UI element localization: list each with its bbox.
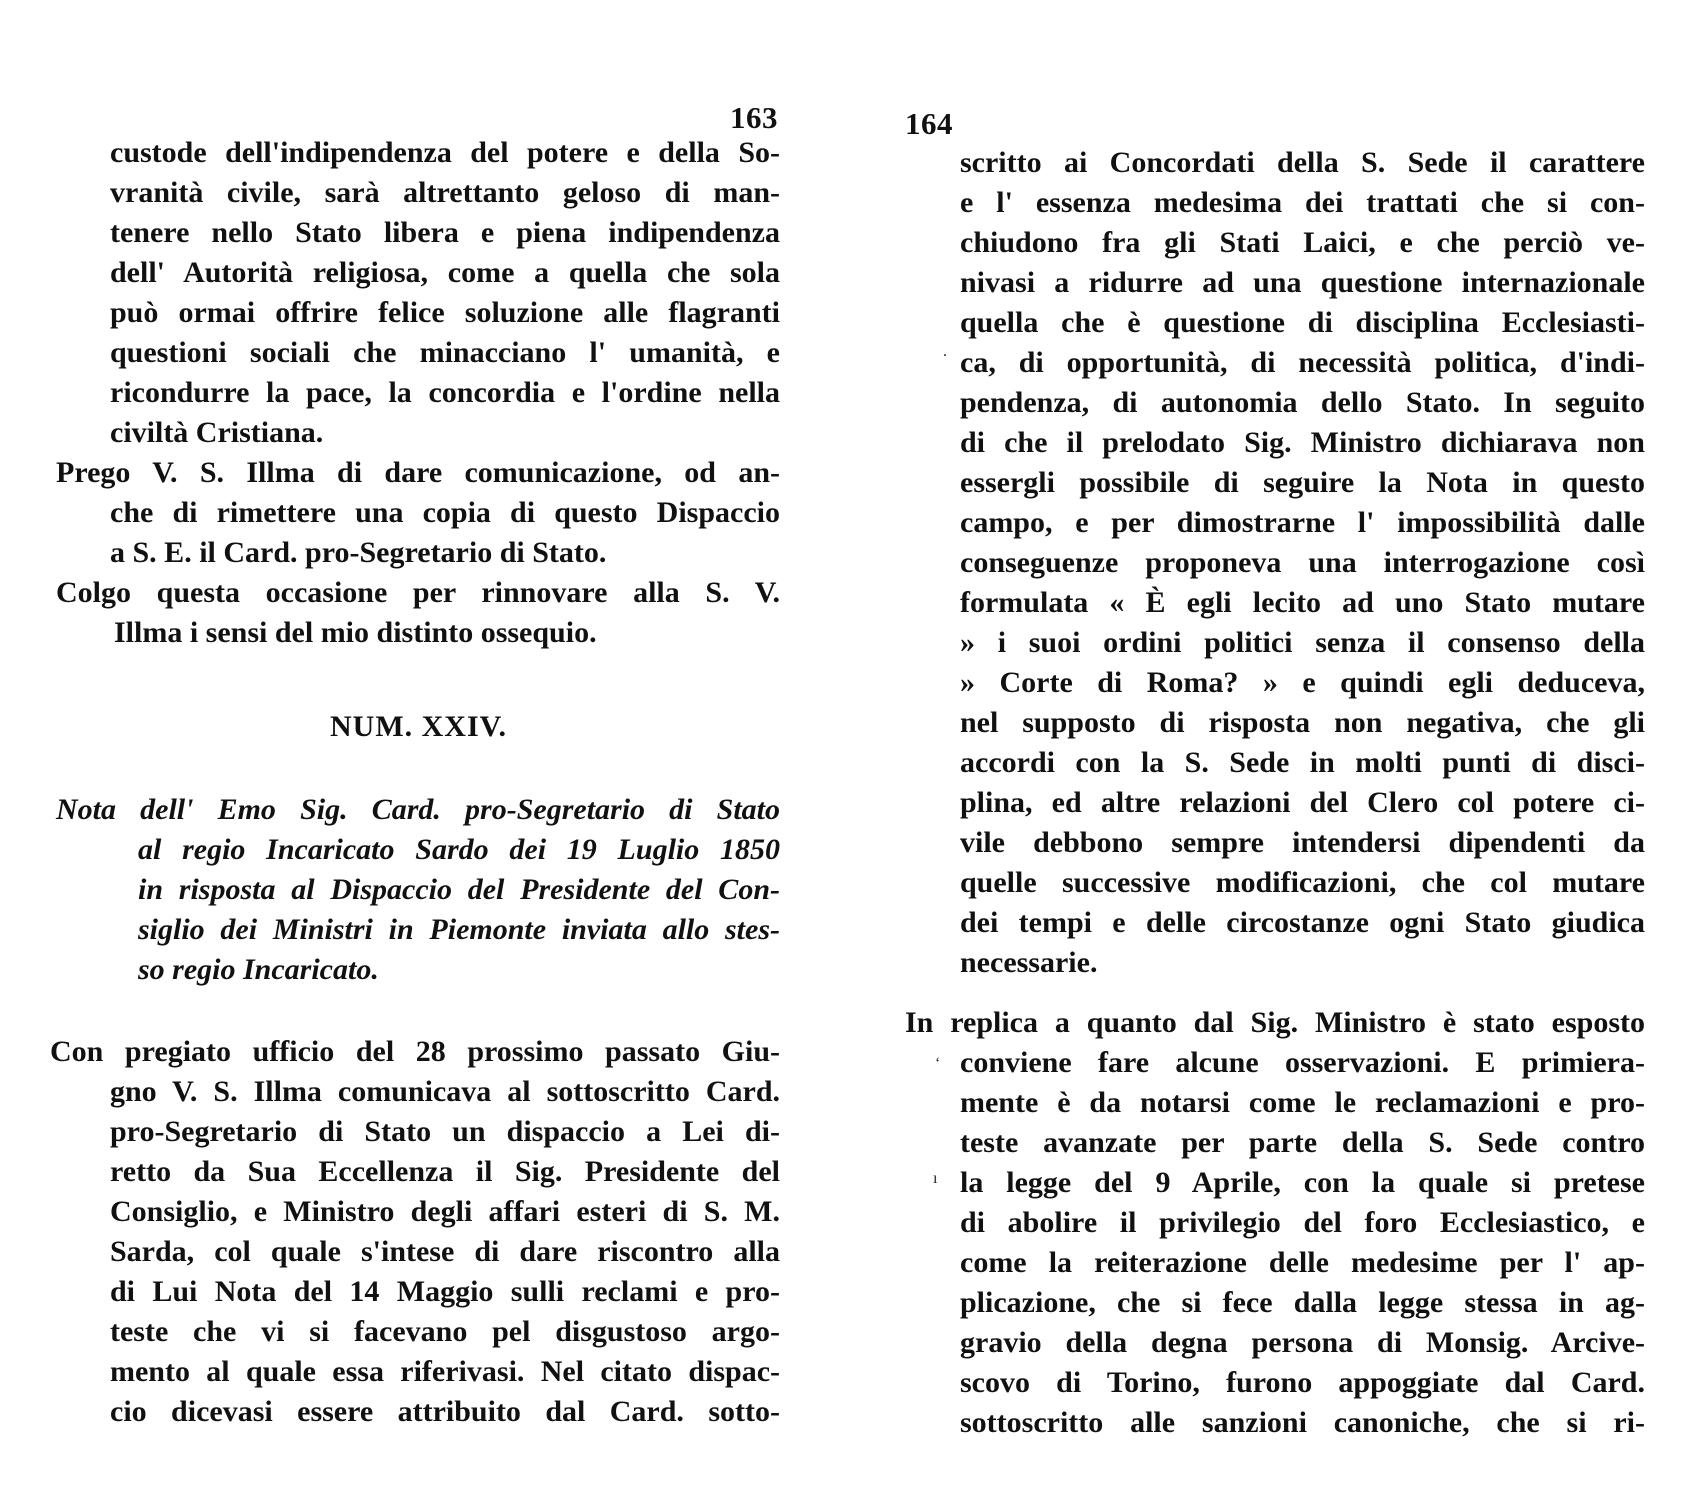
text-line: può ormai offrire felice soluzione alle … — [110, 293, 780, 333]
paragraph-colgo-line: Illma i sensi del mio distinto ossequio. — [114, 613, 597, 653]
margin-mark: ı — [933, 1170, 937, 1188]
document-title-line: so regio Incaricato. — [138, 950, 379, 990]
text-line: ca, di opportunità, di necessità politic… — [960, 343, 1645, 383]
text-line: nel supposto di risposta non negativa, c… — [960, 703, 1645, 743]
paragraph-replica-line: sottoscritto alle sanzioni canoniche, ch… — [960, 1403, 1645, 1443]
text-line: nivasi a ridurre ad una questione intern… — [960, 263, 1645, 303]
page-number-164: 164 — [905, 106, 953, 142]
margin-mark: . — [943, 343, 947, 361]
text-line: scritto ai Concordati della S. Sede il c… — [960, 143, 1645, 183]
paragraph-replica-line: gravio della degna persona di Monsig. Ar… — [960, 1323, 1645, 1363]
section-heading: NUM. XXIV. — [330, 710, 507, 744]
paragraph-replica-line: teste avanzate per parte della S. Sede c… — [960, 1123, 1645, 1163]
document-title-line: Nota dell' Emo Sig. Card. pro-Segretario… — [56, 790, 780, 830]
paragraph-colgo-line: Colgo questa occasione per rinnovare all… — [56, 573, 780, 613]
paragraph-prego-line: che di rimettere una copia di questo Dis… — [110, 493, 780, 533]
paragraph-prego-line: a S. E. il Card. pro-Segretario di Stato… — [110, 533, 606, 573]
text-line: custode dell'indipendenza del potere e d… — [110, 133, 780, 173]
document-title-line: siglio dei Ministri in Piemonte inviata … — [138, 910, 780, 950]
paragraph-con-line: Consiglio, e Ministro degli affari ester… — [110, 1192, 780, 1232]
paragraph-replica-line: la legge del 9 Aprile, con la quale si p… — [960, 1163, 1645, 1203]
paragraph-con-line: di Lui Nota del 14 Maggio sulli reclami … — [110, 1272, 780, 1312]
paragraph-replica-line: plicazione, che si fece dalla legge stes… — [960, 1283, 1645, 1323]
text-line: accordi con la S. Sede in molti punti di… — [960, 743, 1645, 783]
paragraph-replica-line: come la reiterazione delle medesime per … — [960, 1243, 1645, 1283]
text-line: chiudono fra gli Stati Laici, e che perc… — [960, 223, 1645, 263]
paragraph-con-line: gno V. S. Illma comunicava al sottoscrit… — [110, 1072, 780, 1112]
document-title-line: in risposta al Dispaccio del Presidente … — [138, 870, 780, 910]
document-title-line: al regio Incaricato Sardo dei 19 Luglio … — [138, 830, 780, 870]
text-line: necessarie. — [960, 943, 1097, 983]
text-line: ricondurre la pace, la concordia e l'ord… — [110, 373, 780, 413]
text-line: essergli possibile di seguire la Nota in… — [960, 463, 1645, 503]
text-line: quella che è questione di disciplina Ecc… — [960, 303, 1645, 343]
margin-mark: ‘ — [935, 1055, 940, 1073]
paragraph-replica-line: di abolire il privilegio del foro Eccles… — [960, 1203, 1645, 1243]
text-line: e l' essenza medesima dei trattati che s… — [960, 183, 1645, 223]
text-line: quelle successive modificazioni, che col… — [960, 863, 1645, 903]
text-line: questioni sociali che minacciano l' uman… — [110, 333, 780, 373]
text-line: » Corte di Roma? » e quindi egli deducev… — [960, 663, 1645, 703]
paragraph-con-line: cio dicevasi essere attribuito dal Card.… — [110, 1392, 780, 1432]
paragraph-con-line: Con pregiato ufficio del 28 prossimo pas… — [50, 1032, 780, 1072]
text-line: dell' Autorità religiosa, come a quella … — [110, 253, 780, 293]
paragraph-con-line: retto da Sua Eccellenza il Sig. Presiden… — [110, 1152, 780, 1192]
paragraph-replica-line: In replica a quanto dal Sig. Ministro è … — [905, 1003, 1645, 1043]
paragraph-con-line: mento al quale essa riferivasi. Nel cita… — [110, 1352, 780, 1392]
paragraph-con-line: Sarda, col quale s'intese di dare riscon… — [110, 1232, 780, 1272]
text-line: campo, e per dimostrarne l' impossibilit… — [960, 503, 1645, 543]
text-line: vile debbono sempre intendersi dipendent… — [960, 823, 1645, 863]
text-line: di che il prelodato Sig. Ministro dichia… — [960, 423, 1645, 463]
paragraph-con-line: pro-Segretario di Stato un dispaccio a L… — [110, 1112, 780, 1152]
paragraph-replica-line: mente è da notarsi come le reclamazioni … — [960, 1083, 1645, 1123]
text-line: vranità civile, sarà altrettanto geloso … — [110, 173, 780, 213]
text-line: dei tempi e delle circostanze ogni Stato… — [960, 903, 1645, 943]
text-line: formulata « È egli lecito ad uno Stato m… — [960, 583, 1645, 623]
text-line: conseguenze proponeva una interrogazione… — [960, 543, 1645, 583]
text-line: civiltà Cristiana. — [110, 413, 323, 453]
text-line: tenere nello Stato libera e piena indipe… — [110, 213, 780, 253]
page-number-163: 163 — [730, 100, 778, 136]
paragraph-replica-line: scovo di Torino, furono appoggiate dal C… — [960, 1363, 1645, 1403]
paragraph-replica-line: conviene fare alcune osservazioni. E pri… — [960, 1043, 1645, 1083]
paragraph-prego-line: Prego V. S. Illma di dare comunicazione,… — [56, 453, 780, 493]
text-line: » i suoi ordini politici senza il consen… — [960, 623, 1645, 663]
text-line: pendenza, di autonomia dello Stato. In s… — [960, 383, 1645, 423]
paragraph-con-line: teste che vi si facevano pel disgustoso … — [110, 1312, 780, 1352]
text-line: plina, ed altre relazioni del Clero col … — [960, 783, 1645, 823]
